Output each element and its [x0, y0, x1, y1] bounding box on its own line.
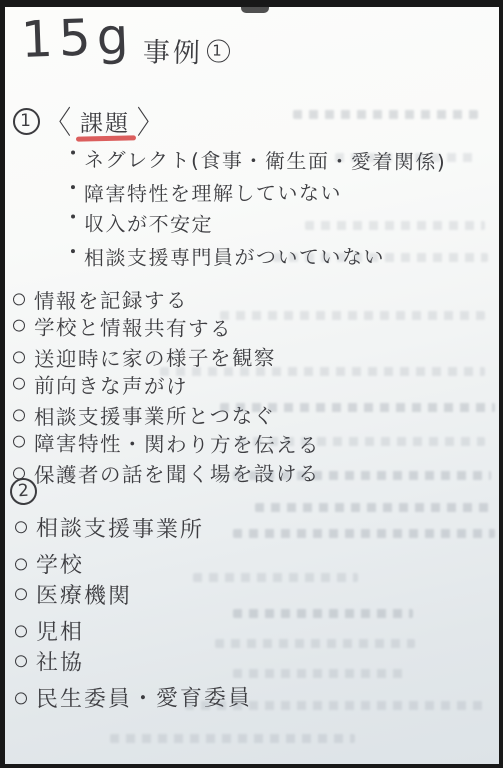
flipchart-page: 15g 事例 1 1 〈 課題 〉 ネグレクト(食事・衛生面・愛着関係) 障害特…	[5, 7, 499, 764]
organization-text: 児相	[36, 615, 84, 646]
group-number: 15g	[20, 7, 135, 69]
dot-bullet-icon	[71, 185, 75, 189]
action-text: 相談支援事業所とつなぐ	[34, 398, 276, 429]
organization-text: 民生委員・愛育委員	[36, 681, 252, 714]
list-item: 学校と情報共有する	[13, 311, 493, 343]
circled-number-1-icon: 1	[13, 108, 40, 135]
page-title-text: 事例	[143, 30, 204, 70]
list-item: 収入が不安定	[71, 205, 499, 240]
circle-bullet-icon	[13, 319, 25, 331]
circle-bullet-icon	[13, 377, 25, 389]
organization-text: 社協	[36, 646, 84, 677]
action-text: 保護者の話を聞く場を設ける	[34, 456, 320, 488]
circle-bullet-icon	[15, 692, 27, 704]
bleed-through-mark	[110, 734, 355, 743]
list-item: 送迎時に家の様子を観察	[13, 340, 493, 372]
list-item: ネグレクト(食事・衛生面・愛着関係)	[71, 141, 499, 176]
circle-bullet-icon	[15, 655, 27, 667]
section2-heading: 2	[9, 477, 38, 506]
list-item: 相談支援事業所とつなぐ	[13, 398, 493, 430]
circle-bullet-icon	[15, 521, 27, 533]
list-item: 障害特性を理解していない	[71, 174, 499, 208]
organizations-list: 相談支援事業所 学校 医療機関 児相 社協 民生委員・愛育委員	[15, 512, 435, 713]
dot-bullet-icon	[71, 249, 75, 253]
action-text: 学校と情報共有する	[34, 310, 232, 341]
circle-bullet-icon	[13, 409, 25, 421]
circle-bullet-icon	[15, 558, 27, 570]
issue-text: 相談支援専門員がついていない	[84, 240, 385, 271]
organization-text: 医療機関	[36, 579, 132, 611]
circled-number-2-icon: 2	[9, 477, 38, 506]
action-text: 情報を記録する	[34, 283, 188, 314]
dot-bullet-icon	[71, 214, 75, 218]
list-item: 相談支援専門員がついていない	[71, 238, 499, 272]
issue-text: 障害特性を理解していない	[84, 176, 342, 206]
list-item: 障害特性・関わり方を伝える	[13, 427, 493, 459]
list-item: 社協	[15, 644, 435, 681]
dot-bullet-icon	[71, 150, 75, 154]
section1-heading: 1 〈 課題 〉	[13, 103, 164, 139]
list-item: 医療機関	[15, 577, 435, 614]
circle-bullet-icon	[15, 588, 27, 600]
bleed-through-mark	[293, 110, 478, 119]
list-item: 相談支援事業所	[15, 510, 435, 547]
open-bracket: 〈	[46, 99, 73, 144]
circle-bullet-icon	[15, 625, 27, 637]
list-item: 児相	[15, 611, 435, 647]
photo-edge-notch	[241, 7, 269, 13]
organization-text: 学校	[36, 548, 84, 579]
circle-bullet-icon	[13, 351, 25, 363]
actions-list: 情報を記録する 学校と情報共有する 送迎時に家の様子を観察 前向きな声がけ 相談…	[13, 283, 493, 486]
action-text: 送迎時に家の様子を観察	[34, 340, 276, 371]
circle-bullet-icon	[13, 293, 25, 305]
bleed-through-mark	[255, 503, 493, 512]
page-title: 事例 1	[143, 30, 231, 71]
issues-heading: 課題	[79, 105, 131, 138]
issue-text: ネグレクト(食事・衛生面・愛着関係)	[84, 143, 446, 175]
list-item: 情報を記録する	[13, 282, 493, 314]
circled-number-1-icon: 1	[207, 39, 230, 62]
list-item: 保護者の話を聞く場を設ける	[13, 456, 493, 488]
list-item: 学校	[15, 544, 435, 580]
list-item: 民生委員・愛育委員	[15, 678, 435, 714]
action-text: 前向きな声がけ	[34, 368, 188, 399]
organization-text: 相談支援事業所	[36, 512, 204, 544]
issues-list: ネグレクト(食事・衛生面・愛着関係) 障害特性を理解していない 収入が不安定 相…	[71, 143, 499, 271]
issue-text: 収入が不安定	[84, 207, 213, 237]
close-bracket: 〉	[137, 99, 164, 144]
list-item: 前向きな声がけ	[13, 369, 493, 401]
circle-bullet-icon	[13, 435, 25, 447]
action-text: 障害特性・関わり方を伝える	[34, 426, 320, 458]
